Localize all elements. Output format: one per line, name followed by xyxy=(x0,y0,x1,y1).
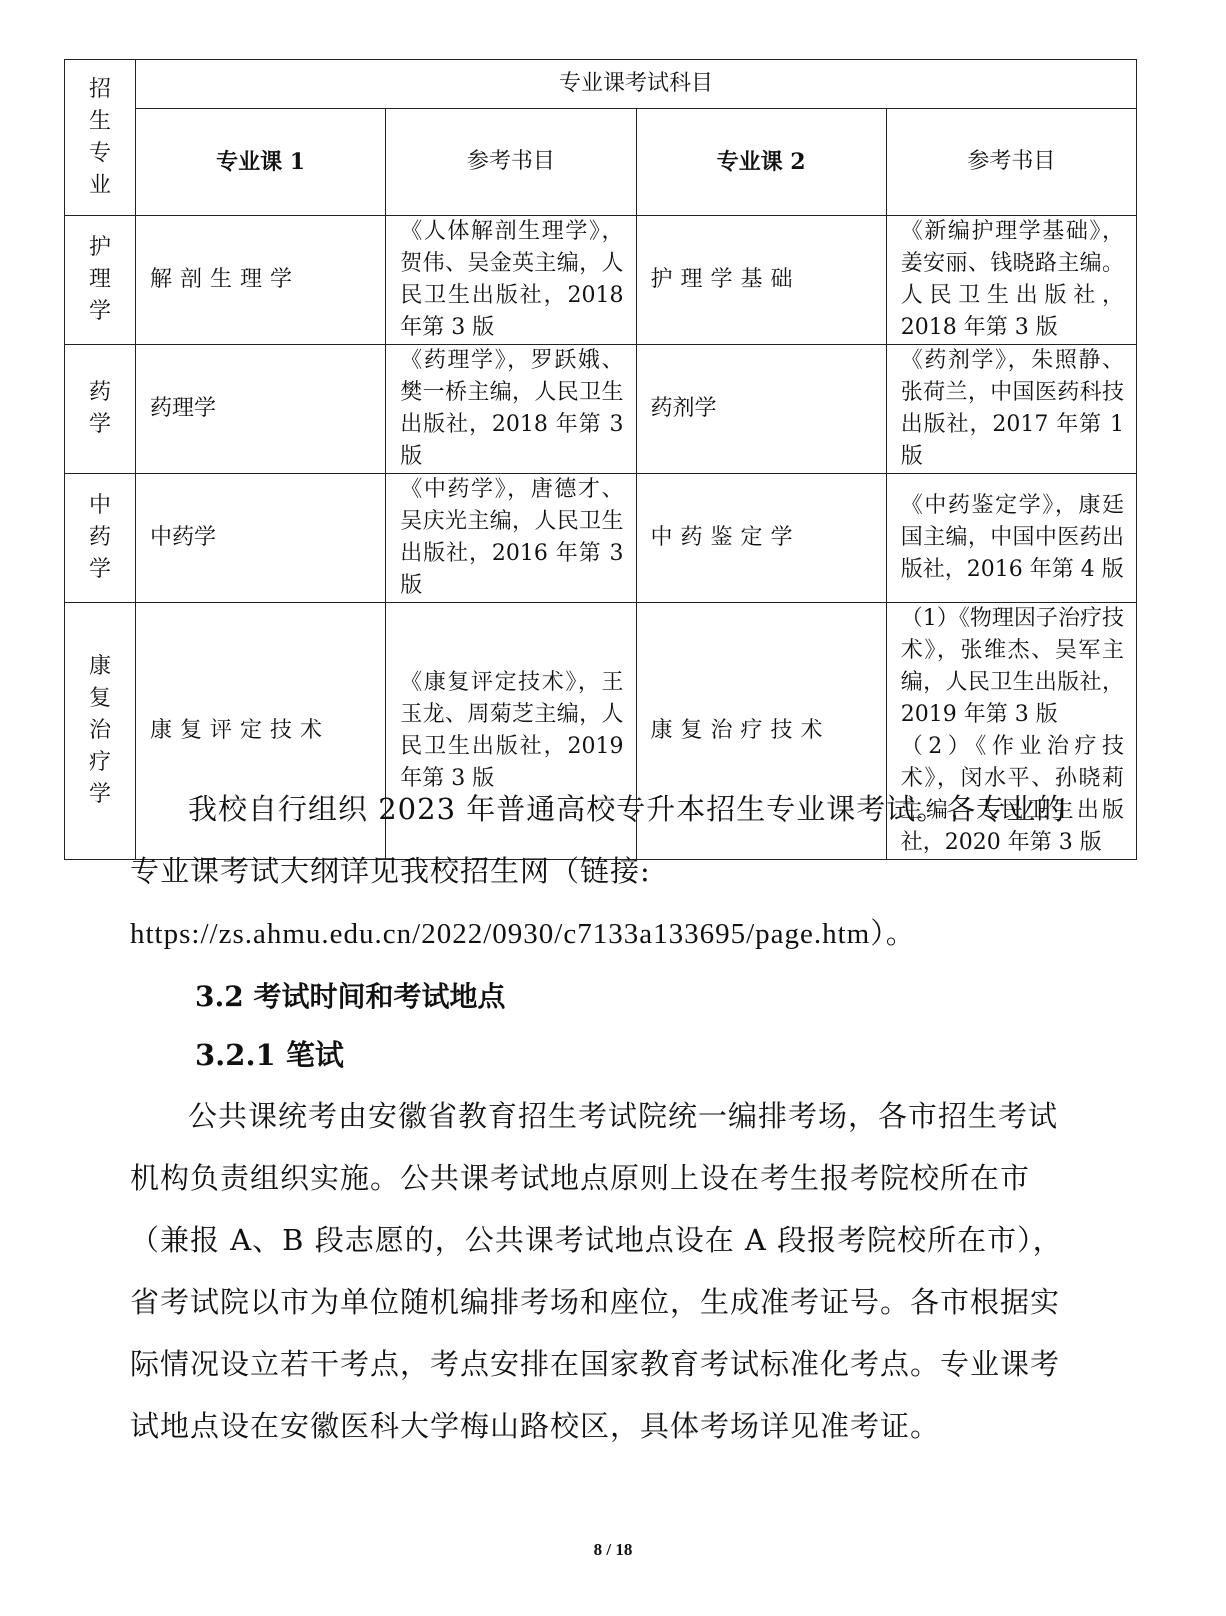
paragraph-exam-outline: 我校自行组织 2023 年普通高校专升本招生专业课考试。各专业的专业课考试大纲详… xyxy=(130,778,1080,965)
book1-cell: 《人体解剖生理学》，贺伟、吴金英主编，人民卫生出版社，2018 年第 3 版 xyxy=(386,216,636,345)
admissions-link[interactable]: https://zs.ahmu.edu.cn/2022/0930/c7133a1… xyxy=(130,918,870,950)
course2-cell: 中药鉴定学 xyxy=(636,474,886,603)
header-group: 专业课考试科目 xyxy=(136,60,1137,109)
book2-item: （1）《物理因子治疗技术》，张维杰、吴军主编，人民卫生出版社，2019 年第 3… xyxy=(901,603,1124,731)
course1-cell: 药理学 xyxy=(136,345,386,474)
book2-cell: 《药剂学》，朱照静、张荷兰，中国医药科技出版社，2017 年第 1 版 xyxy=(886,345,1136,474)
header-course2: 专业课 2 xyxy=(636,109,886,216)
course2-cell: 护理学基础 xyxy=(636,216,886,345)
book2-cell: 《中药鉴定学》，康廷国主编，中国中医药出版社，2016 年第 4 版 xyxy=(886,474,1136,603)
header-book2: 参考书目 xyxy=(886,109,1136,216)
table-row: 护理学 解剖生理学 《人体解剖生理学》，贺伟、吴金英主编，人民卫生出版社，201… xyxy=(65,216,1137,345)
major-cell: 中药学 xyxy=(88,490,112,586)
section-heading-3-2-1: 3.2.1 笔试 xyxy=(195,1033,344,1074)
exam-subjects-table: 招生专业 专业课考试科目 专业课 1 参考书目 专业课 2 参考书目 护理学 解… xyxy=(64,59,1137,860)
course2-cell: 药剂学 xyxy=(636,345,886,474)
book1-cell: 《中药学》，唐德才、吴庆光主编，人民卫生出版社，2016 年第 3 版 xyxy=(386,474,636,603)
header-book1: 参考书目 xyxy=(386,109,636,216)
table-row: 中药学 中药学 《中药学》，唐德才、吴庆光主编，人民卫生出版社，2016 年第 … xyxy=(65,474,1137,603)
page-indicator: 8 / 18 xyxy=(0,1540,1226,1560)
header-major: 招生专业 xyxy=(65,60,136,216)
section-heading-3-2: 3.2 考试时间和考试地点 xyxy=(195,975,505,1015)
book1-cell: 《药理学》，罗跃娥、樊一桥主编，人民卫生出版社，2018 年第 3 版 xyxy=(386,345,636,474)
major-cell: 康复治疗学 xyxy=(88,651,112,811)
major-cell: 护理学 xyxy=(88,232,112,328)
header-course1: 专业课 1 xyxy=(136,109,386,216)
paragraph-written-exam: 公共课统考由安徽省教育招生考试院统一编排考场，各市招生考试机构负责组织实施。公共… xyxy=(130,1085,1080,1457)
book2-cell: 《新编护理学基础》，姜安丽、钱晓路主编。人民卫生出版社，2018 年第 3 版 xyxy=(886,216,1136,345)
major-cell: 药学 xyxy=(88,377,112,441)
course1-cell: 解剖生理学 xyxy=(136,216,386,345)
table-row: 药学 药理学 《药理学》，罗跃娥、樊一桥主编，人民卫生出版社，2018 年第 3… xyxy=(65,345,1137,474)
course1-cell: 中药学 xyxy=(136,474,386,603)
